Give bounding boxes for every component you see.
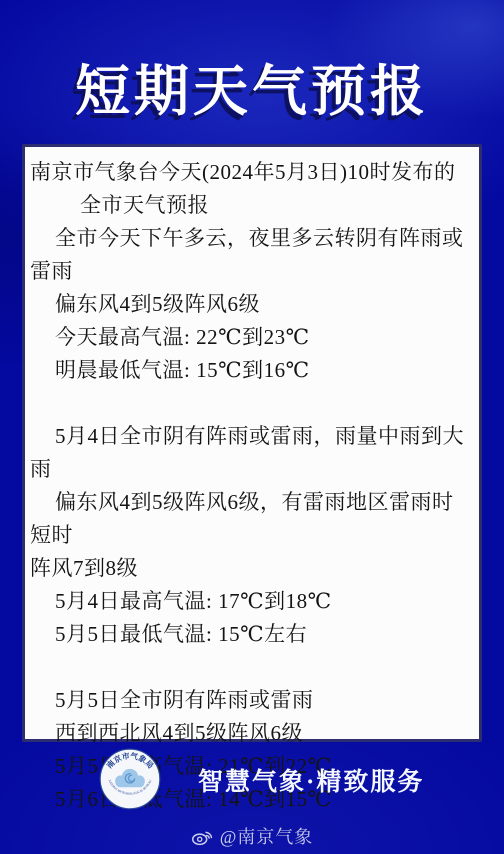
forecast-line: 阵风7到8级 xyxy=(30,552,474,585)
slogan: 智慧气象·精致服务 xyxy=(198,762,424,798)
forecast-line: 5月4日最高气温: 17℃到18℃ xyxy=(30,585,474,618)
forecast-line: 5月5日全市阴有阵雨或雷雨 xyxy=(30,684,474,717)
forecast-line: 今天最高气温: 22℃到23℃ xyxy=(30,321,474,354)
forecast-line: 全市今天下午多云，夜里多云转阴有阵雨或雷雨 xyxy=(30,222,474,288)
forecast-line: 5月5日最低气温: 15℃左右 xyxy=(30,618,474,651)
forecast-line: 明晨最低气温: 15℃到16℃ xyxy=(30,354,474,387)
weibo-icon xyxy=(191,827,213,846)
forecast-line: 南京市气象台今天(2024年5月3日)10时发布的 xyxy=(30,156,474,189)
forecast-line: 西到西北风4到5级阵风6级 xyxy=(30,717,474,750)
forecast-text: 南京市气象台今天(2024年5月3日)10时发布的全市天气预报全市今天下午多云，… xyxy=(30,156,474,816)
bureau-logo: 南京市气象局 NANJING METEOROLOGICAL BUREAU xyxy=(99,748,161,810)
forecast-line xyxy=(30,387,474,420)
forecast-box: 南京市气象台今天(2024年5月3日)10时发布的全市天气预报全市今天下午多云，… xyxy=(22,144,482,742)
weather-poster: 短期天气预报 南京市气象台今天(2024年5月3日)10时发布的全市天气预报全市… xyxy=(0,0,504,854)
forecast-line: 偏东风4到5级阵风6级，有雷雨地区雷雨时短时 xyxy=(30,486,474,552)
watermark-text: @南京气象 xyxy=(220,823,314,849)
forecast-line: 5月4日全市阴有阵雨或雷雨，雨量中雨到大雨 xyxy=(30,420,474,486)
forecast-line: 全市天气预报 xyxy=(30,189,474,222)
page-title: 短期天气预报 xyxy=(0,47,504,126)
watermark: @南京气象 xyxy=(0,823,504,849)
forecast-line xyxy=(30,651,474,684)
forecast-line: 偏东风4到5级阵风6级 xyxy=(30,288,474,321)
